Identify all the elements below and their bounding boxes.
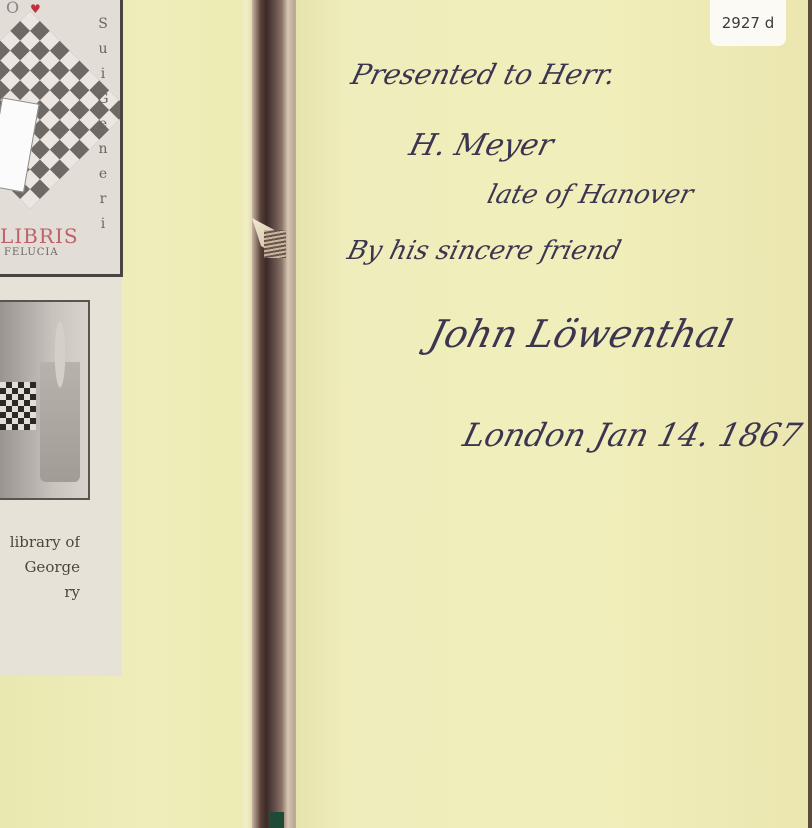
right-flyleaf	[296, 0, 812, 828]
inscription-line-recipient: H. Meyer	[406, 128, 557, 163]
bookplate-vertical-motto: S u i G e n e r i	[94, 12, 112, 237]
inscription-line-origin: late of Hanover	[484, 180, 696, 210]
inscription-line-by: By his sincere friend	[344, 236, 624, 266]
inscription-date: London Jan 14. 1867	[459, 416, 805, 454]
book-gutter	[252, 0, 300, 828]
bookplate-caption: library of George ry	[0, 530, 80, 605]
right-page-edge	[808, 0, 812, 828]
bookplate-subtitle: FELUCIA	[4, 247, 59, 258]
heart-icon: ♥	[30, 2, 41, 16]
bookplate-header-panel: O ♥ S u i G e n e r i LIBRIS FELUCIA	[0, 0, 123, 277]
chess-player-engraving	[0, 300, 90, 500]
catalogue-label: 2927 d	[710, 0, 786, 46]
green-cover-edge	[270, 812, 284, 828]
bookplate-top-mark: O	[6, 0, 19, 17]
figure-illustration	[40, 322, 80, 482]
bookplate-title: LIBRIS	[0, 224, 79, 248]
binding-stitching	[264, 230, 286, 258]
chessboard-icon	[0, 382, 36, 430]
inscription-signature: John Löwenthal	[425, 312, 737, 356]
inscription-line-presented: Presented to Herr.	[348, 58, 619, 91]
bookplate: O ♥ S u i G e n e r i LIBRIS FELUCIA lib…	[0, 0, 122, 676]
